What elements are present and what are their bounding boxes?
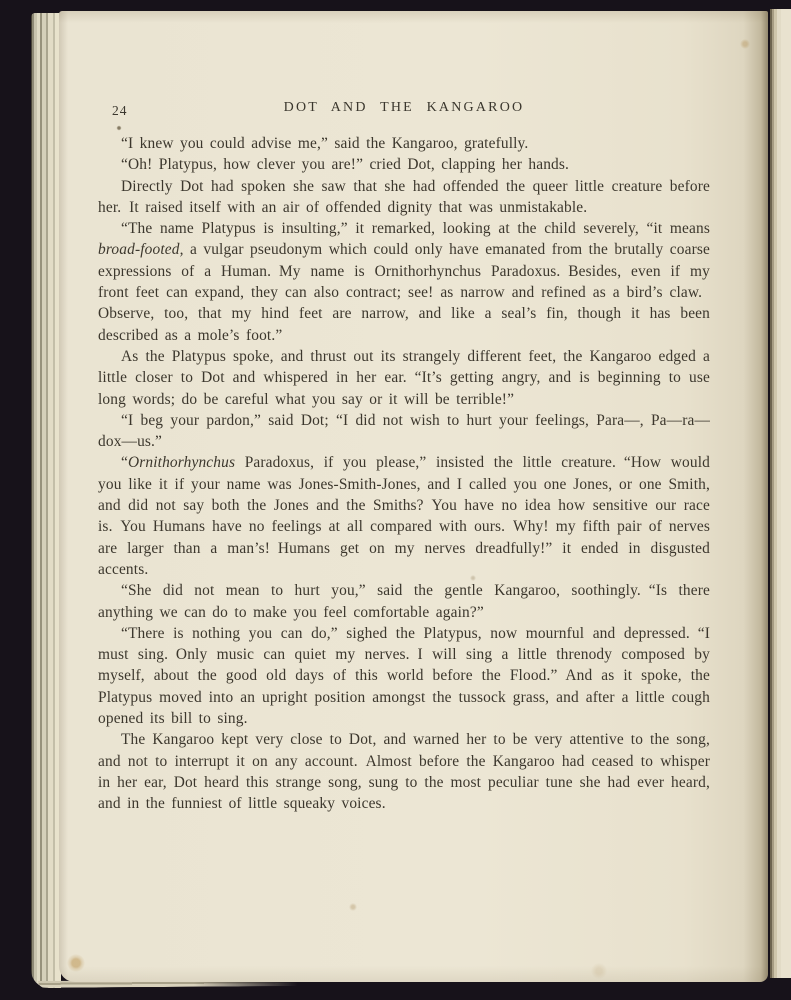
text-run: a vulgar pseudonym which could only have… xyxy=(98,241,710,343)
scanned-book-photo: 24 DOT AND THE KANGAROO “I knew you coul… xyxy=(0,0,791,1000)
text-run: “There is nothing you can do,” sighed th… xyxy=(98,625,710,727)
paragraph: “There is nothing you can do,” sighed th… xyxy=(98,623,710,729)
adjacent-page-edge xyxy=(770,9,791,978)
text-run: “I beg your pardon,” said Dot; “I did no… xyxy=(98,412,710,450)
text-run: “The name Platypus is insulting,” it rem… xyxy=(121,220,710,237)
page-title: DOT AND THE KANGAROO xyxy=(98,100,710,116)
text-run: “Oh! Platypus, how clever you are!” crie… xyxy=(121,156,569,173)
text-run: “ xyxy=(121,454,128,471)
text-run: Paradoxus, if you please,” insisted the … xyxy=(98,454,710,577)
paragraph: “I knew you could advise me,” said the K… xyxy=(98,133,710,154)
running-header: 24 DOT AND THE KANGAROO xyxy=(98,100,710,120)
text-run: The Kangaroo kept very close to Dot, and… xyxy=(98,731,710,812)
text-run: As the Platypus spoke, and thrust out it… xyxy=(98,348,710,408)
italic-text: Ornithorhynchus xyxy=(128,454,235,471)
paragraph: “She did not mean to hurt you,” said the… xyxy=(98,580,710,623)
italic-text: broad-footed, xyxy=(98,241,184,258)
paragraph: Directly Dot had spoken she saw that she… xyxy=(98,176,710,219)
paragraph: “Ornithorhynchus Paradoxus, if you pleas… xyxy=(98,452,710,580)
page-stack-edges xyxy=(31,13,61,988)
book-page: 24 DOT AND THE KANGAROO “I knew you coul… xyxy=(59,11,768,982)
paragraph: As the Platypus spoke, and thrust out it… xyxy=(98,346,710,410)
paragraph: “I beg your pardon,” said Dot; “I did no… xyxy=(98,410,710,453)
text-run: Directly Dot had spoken she saw that she… xyxy=(98,178,710,216)
page-number: 24 xyxy=(112,103,128,119)
paragraph: “The name Platypus is insulting,” it rem… xyxy=(98,218,710,346)
text-run: “I knew you could advise me,” said the K… xyxy=(121,135,528,152)
page-content: 24 DOT AND THE KANGAROO “I knew you coul… xyxy=(59,11,768,982)
paragraph: The Kangaroo kept very close to Dot, and… xyxy=(98,729,710,814)
paragraph: “Oh! Platypus, how clever you are!” crie… xyxy=(98,154,710,175)
text-run: “She did not mean to hurt you,” said the… xyxy=(98,582,710,620)
body-text: “I knew you could advise me,” said the K… xyxy=(98,133,710,815)
